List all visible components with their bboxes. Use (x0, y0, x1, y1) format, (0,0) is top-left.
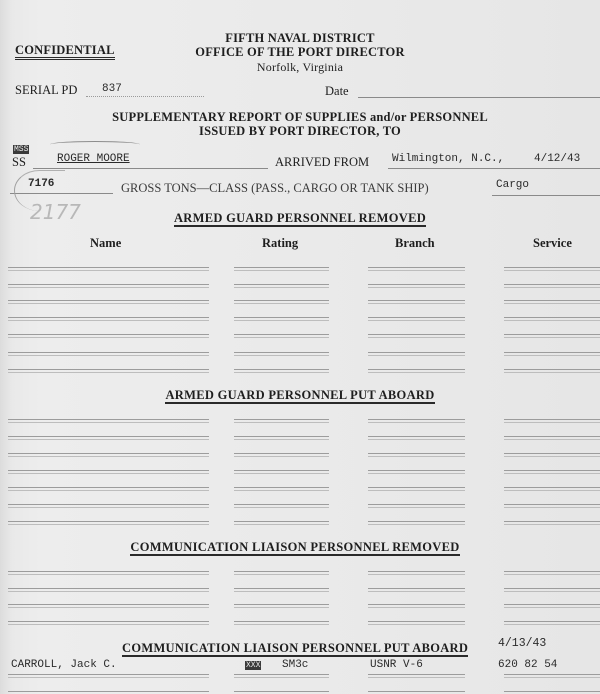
classification-label: CONFIDENTIAL (15, 44, 115, 60)
name-entry-line[interactable] (8, 317, 209, 321)
name-entry-line[interactable] (8, 621, 209, 625)
branch-entry-line[interactable] (368, 571, 465, 575)
rating-entry-line[interactable] (234, 300, 329, 304)
name-entry-line[interactable] (8, 674, 209, 678)
name-entry-line[interactable] (8, 369, 209, 373)
service-entry-line[interactable] (504, 504, 600, 508)
rating-entry-line[interactable] (234, 621, 329, 625)
service-entry-line[interactable] (504, 674, 600, 678)
rating-entry-line[interactable] (234, 674, 329, 678)
branch-entry-line[interactable] (368, 284, 465, 288)
column-header-name: Name (90, 236, 121, 251)
section-title: ARMED GUARD PERSONNEL PUT ABOARD (165, 388, 434, 404)
branch-entry-line[interactable] (368, 621, 465, 625)
section-comm-liaison-put-aboard-title-wrap: COMMUNICATION LIAISON PERSONNEL PUT ABOA… (122, 637, 468, 656)
serial-underline (86, 96, 204, 97)
branch-entry-line[interactable] (368, 487, 465, 491)
service-entry-line[interactable] (504, 453, 600, 457)
date-underline (358, 97, 600, 98)
rating-entry-line[interactable] (234, 369, 329, 373)
arrived-from-label: ARRIVED FROM (275, 155, 369, 170)
rating-entry-line[interactable] (234, 317, 329, 321)
service-entry-line[interactable] (504, 470, 600, 474)
personnel-name[interactable]: CARROLL, Jack C. (11, 659, 117, 671)
service-entry-line[interactable] (504, 521, 600, 525)
date-label: Date (325, 84, 349, 99)
rating-entry-line[interactable] (234, 334, 329, 338)
section-title: COMMUNICATION LIAISON PERSONNEL PUT ABOA… (122, 641, 468, 657)
gross-tons-label: GROSS TONS—CLASS (PASS., CARGO OR TANK S… (121, 181, 429, 196)
section-comm-liaison-removed-title-wrap: COMMUNICATION LIAISON PERSONNEL REMOVED (0, 536, 600, 555)
branch-entry-line[interactable] (368, 674, 465, 678)
rating-entry-line[interactable] (234, 436, 329, 440)
rating-entry-line[interactable] (234, 521, 329, 525)
service-entry-line[interactable] (504, 487, 600, 491)
name-entry-line[interactable] (8, 436, 209, 440)
name-entry-line[interactable] (8, 300, 209, 304)
service-entry-line[interactable] (504, 317, 600, 321)
pencil-arc-mark (50, 141, 140, 148)
section-title: ARMED GUARD PERSONNEL REMOVED (174, 211, 426, 227)
branch-entry-line[interactable] (368, 317, 465, 321)
branch-entry-line[interactable] (368, 369, 465, 373)
branch-entry-line[interactable] (368, 300, 465, 304)
rating-entry-line[interactable] (234, 352, 329, 356)
branch-entry-line[interactable] (368, 352, 465, 356)
personnel-branch[interactable]: USNR V-6 (370, 659, 423, 671)
struck-prefix: MSS (13, 145, 29, 154)
branch-entry-line[interactable] (368, 267, 465, 271)
service-entry-line[interactable] (504, 571, 600, 575)
name-entry-line[interactable] (8, 470, 209, 474)
ship-name-underline (33, 168, 268, 169)
section-armed-guard-removed-title-wrap: ARMED GUARD PERSONNEL REMOVED (0, 207, 600, 226)
name-entry-line[interactable] (8, 352, 209, 356)
report-title-line1: SUPPLEMENTARY REPORT OF SUPPLIES and/or … (0, 110, 600, 125)
rating-entry-line[interactable] (234, 284, 329, 288)
service-entry-line[interactable] (504, 604, 600, 608)
serial-label: SERIAL PD (15, 83, 77, 98)
arrived-from-underline (388, 168, 600, 169)
ship-class-underline (492, 195, 600, 196)
section-armed-guard-put-aboard-title-wrap: ARMED GUARD PERSONNEL PUT ABOARD (0, 384, 600, 403)
service-entry-line[interactable] (504, 334, 600, 338)
name-entry-line[interactable] (8, 419, 209, 423)
rating-struck: XXX (245, 661, 261, 670)
branch-entry-line[interactable] (368, 436, 465, 440)
rating-entry-line[interactable] (234, 588, 329, 592)
ship-name[interactable]: ROGER MOORE (57, 153, 130, 165)
service-entry-line[interactable] (504, 284, 600, 288)
rating-entry-line[interactable] (234, 470, 329, 474)
name-entry-line[interactable] (8, 267, 209, 271)
service-entry-line[interactable] (504, 419, 600, 423)
serial-value[interactable]: 837 (102, 83, 122, 95)
service-entry-line[interactable] (504, 621, 600, 625)
service-entry-line[interactable] (504, 436, 600, 440)
section-date[interactable]: 4/13/43 (498, 637, 546, 650)
branch-entry-line[interactable] (368, 588, 465, 592)
name-entry-line[interactable] (8, 487, 209, 491)
branch-entry-line[interactable] (368, 470, 465, 474)
report-title-line2: ISSUED BY PORT DIRECTOR, TO (0, 124, 600, 139)
name-entry-line[interactable] (8, 571, 209, 575)
service-entry-line[interactable] (504, 588, 600, 592)
name-entry-line[interactable] (8, 521, 209, 525)
service-entry-line[interactable] (504, 369, 600, 373)
rating-entry-line[interactable] (234, 453, 329, 457)
name-entry-line[interactable] (8, 453, 209, 457)
name-entry-line[interactable] (8, 334, 209, 338)
location-heading: Norfolk, Virginia (0, 60, 600, 75)
name-entry-line[interactable] (8, 284, 209, 288)
rating-entry-line[interactable] (234, 604, 329, 608)
branch-entry-line[interactable] (368, 419, 465, 423)
branch-entry-line[interactable] (368, 604, 465, 608)
rating-entry-line[interactable] (234, 571, 329, 575)
arrived-date-value[interactable]: 4/12/43 (534, 153, 580, 165)
service-entry-line[interactable] (504, 267, 600, 271)
column-header-service: Service (533, 236, 572, 251)
name-entry-line[interactable] (8, 588, 209, 592)
branch-entry-line[interactable] (368, 521, 465, 525)
service-entry-line[interactable] (504, 352, 600, 356)
name-entry-line[interactable] (8, 504, 209, 508)
column-header-branch: Branch (395, 236, 435, 251)
rating-entry-line[interactable] (234, 487, 329, 491)
personnel-rating[interactable]: SM3c (282, 659, 308, 671)
arrived-from-value[interactable]: Wilmington, N.C., (392, 153, 504, 165)
column-header-rating: Rating (262, 236, 298, 251)
rating-entry-line[interactable] (234, 504, 329, 508)
ship-class-value[interactable]: Cargo (496, 179, 529, 191)
branch-entry-line[interactable] (368, 453, 465, 457)
section-title: COMMUNICATION LIAISON PERSONNEL REMOVED (130, 540, 459, 556)
branch-entry-line[interactable] (368, 334, 465, 338)
service-entry-line[interactable] (504, 300, 600, 304)
rating-entry-line[interactable] (234, 267, 329, 271)
rating-entry-line[interactable] (234, 419, 329, 423)
personnel-service-number[interactable]: 620 82 54 (498, 659, 557, 671)
branch-entry-line[interactable] (368, 504, 465, 508)
ship-prefix: SS (12, 155, 26, 170)
name-entry-line[interactable] (8, 604, 209, 608)
